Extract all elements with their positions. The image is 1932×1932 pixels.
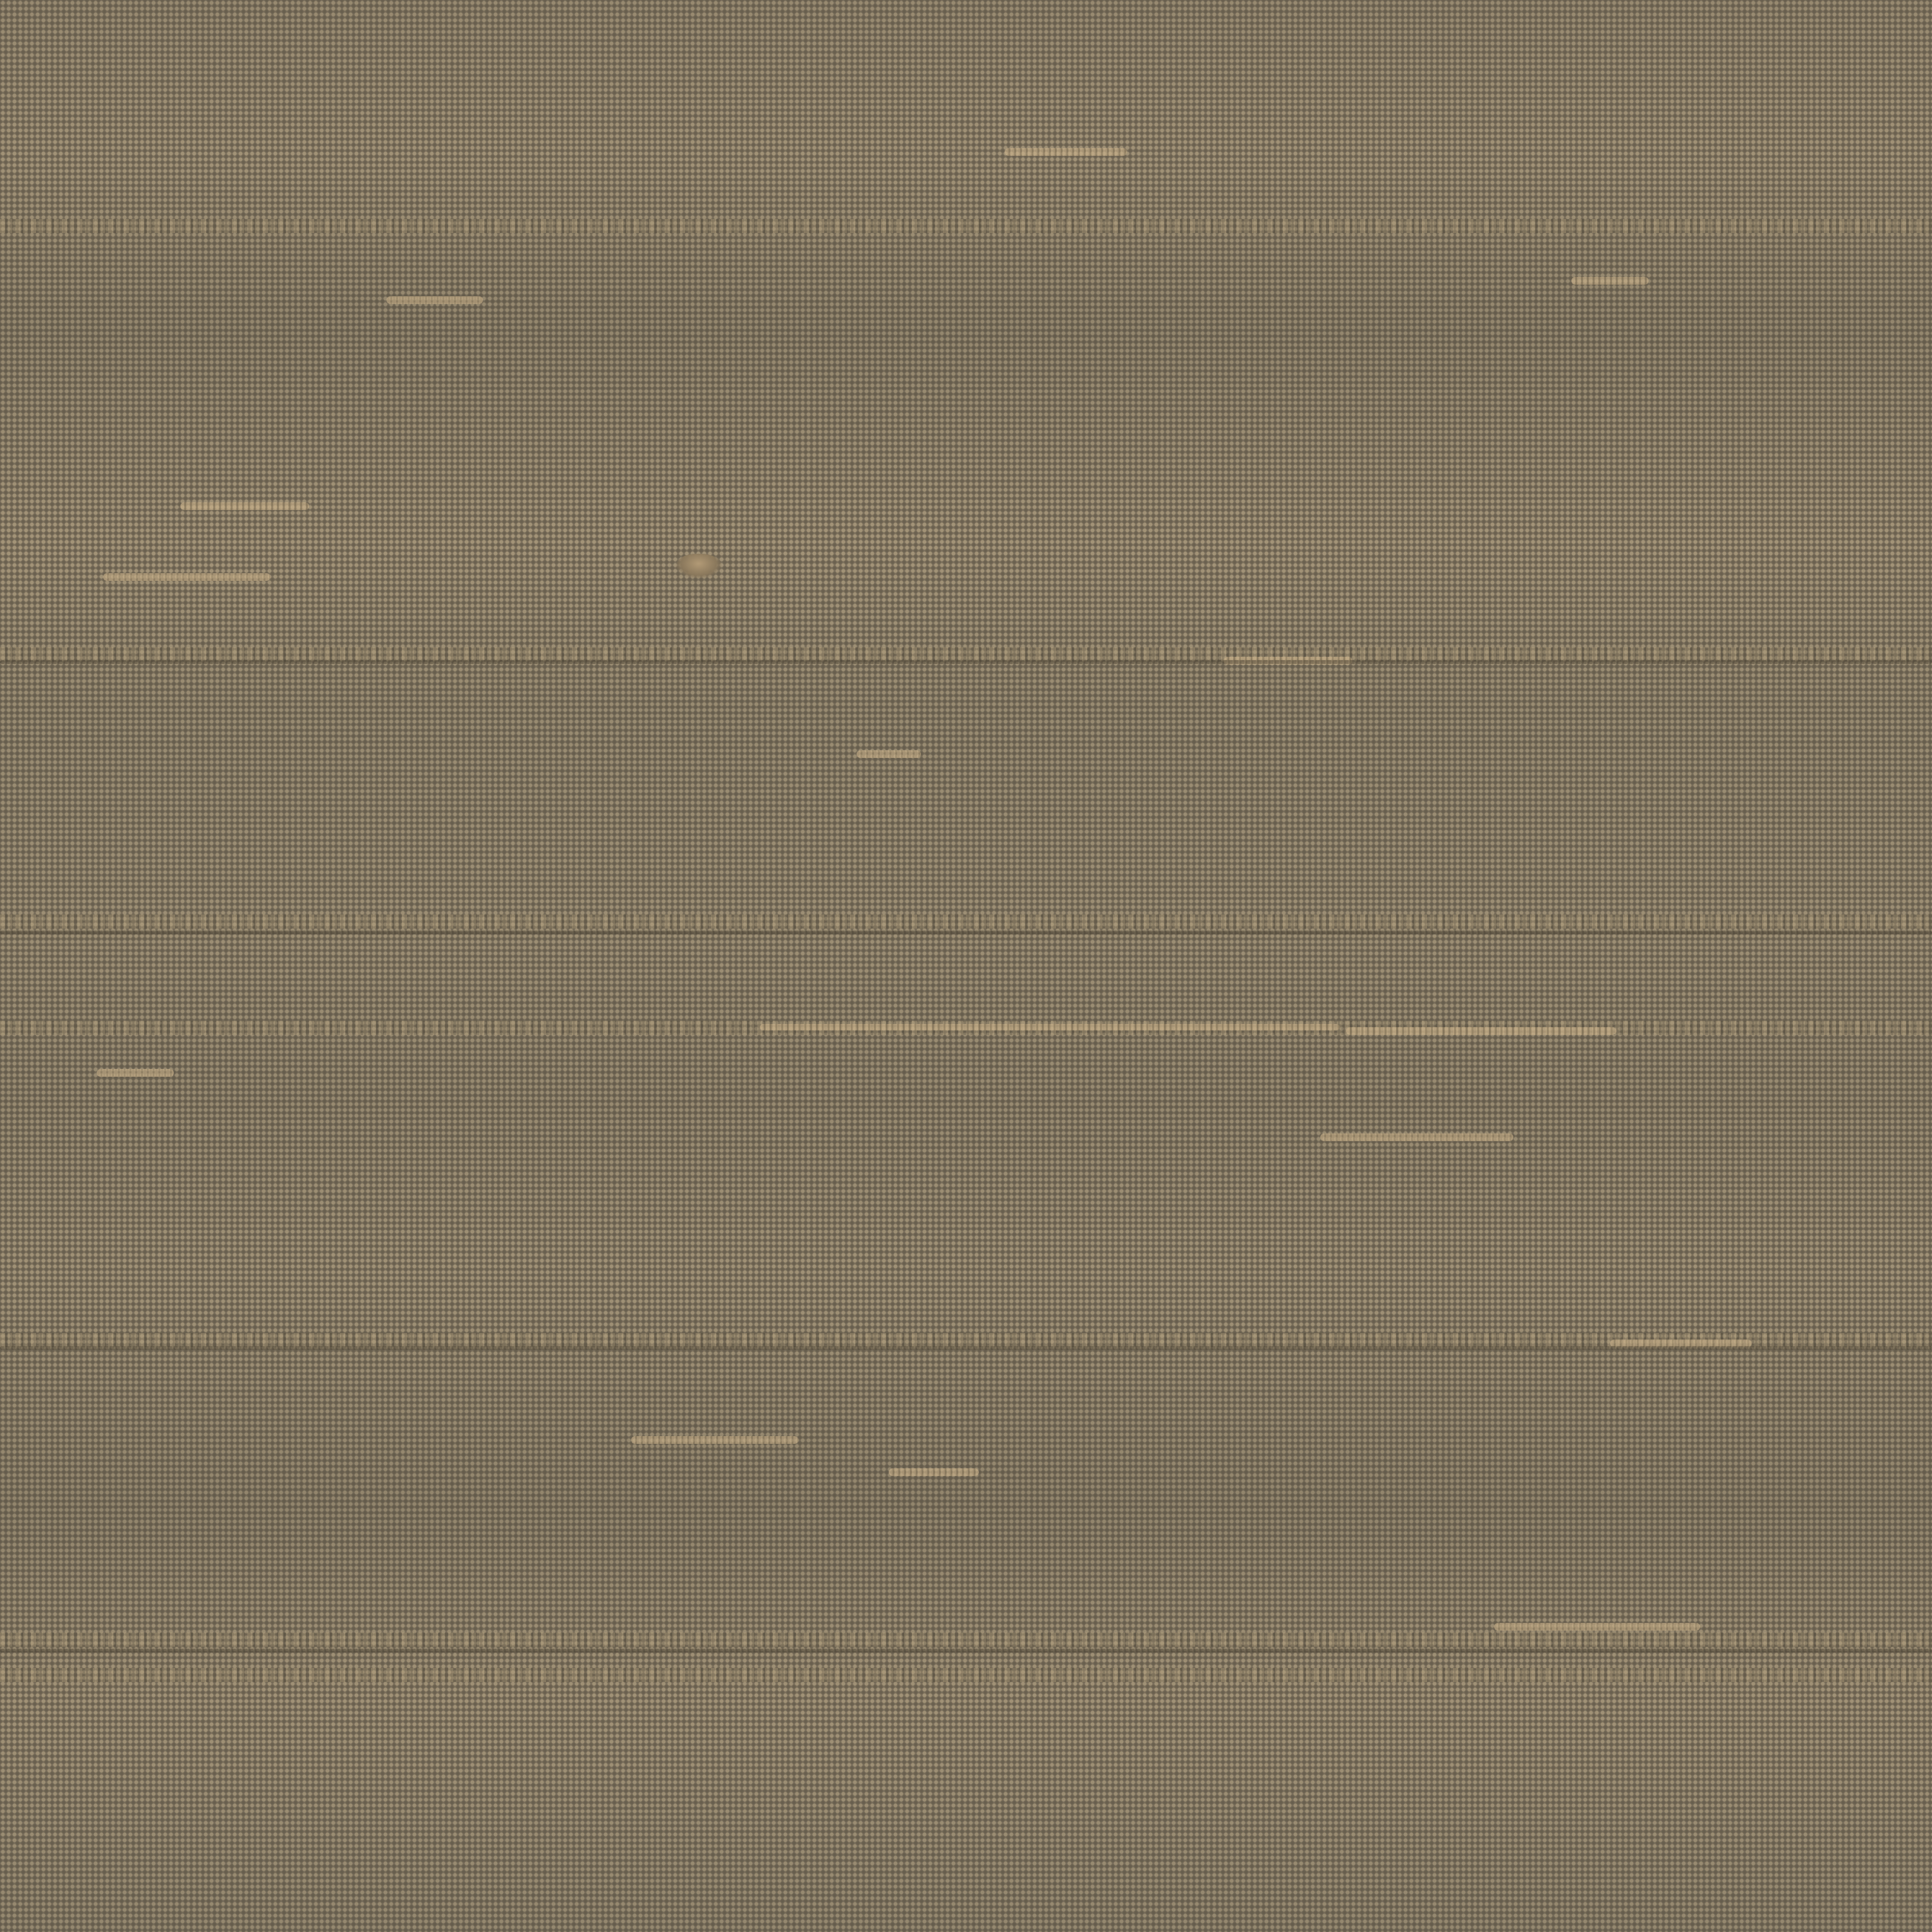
light-slub bbox=[1494, 1623, 1700, 1631]
dark-thread bbox=[0, 931, 1932, 934]
light-slub bbox=[857, 750, 921, 758]
light-slub bbox=[889, 1468, 979, 1476]
light-slub bbox=[1320, 1133, 1513, 1141]
light-slub bbox=[1005, 148, 1127, 156]
dark-thread bbox=[0, 660, 1932, 664]
light-slub bbox=[97, 1069, 174, 1077]
fabric-knot bbox=[676, 554, 721, 578]
light-slub bbox=[103, 573, 270, 581]
light-slub bbox=[180, 502, 309, 510]
slub-ridge bbox=[0, 1668, 1932, 1682]
light-slub bbox=[760, 1024, 1340, 1030]
light-slub bbox=[631, 1436, 799, 1444]
light-slub bbox=[1571, 277, 1649, 285]
dark-thread bbox=[0, 1649, 1932, 1653]
fabric-texture bbox=[0, 0, 1932, 1932]
dark-thread bbox=[0, 1346, 1932, 1350]
slub-ridge bbox=[0, 647, 1932, 661]
slub-ridge bbox=[0, 219, 1932, 233]
light-slub bbox=[386, 296, 483, 304]
slub-ridge bbox=[0, 1633, 1932, 1647]
slub-ridge bbox=[0, 914, 1932, 929]
light-slub bbox=[1346, 1027, 1616, 1035]
